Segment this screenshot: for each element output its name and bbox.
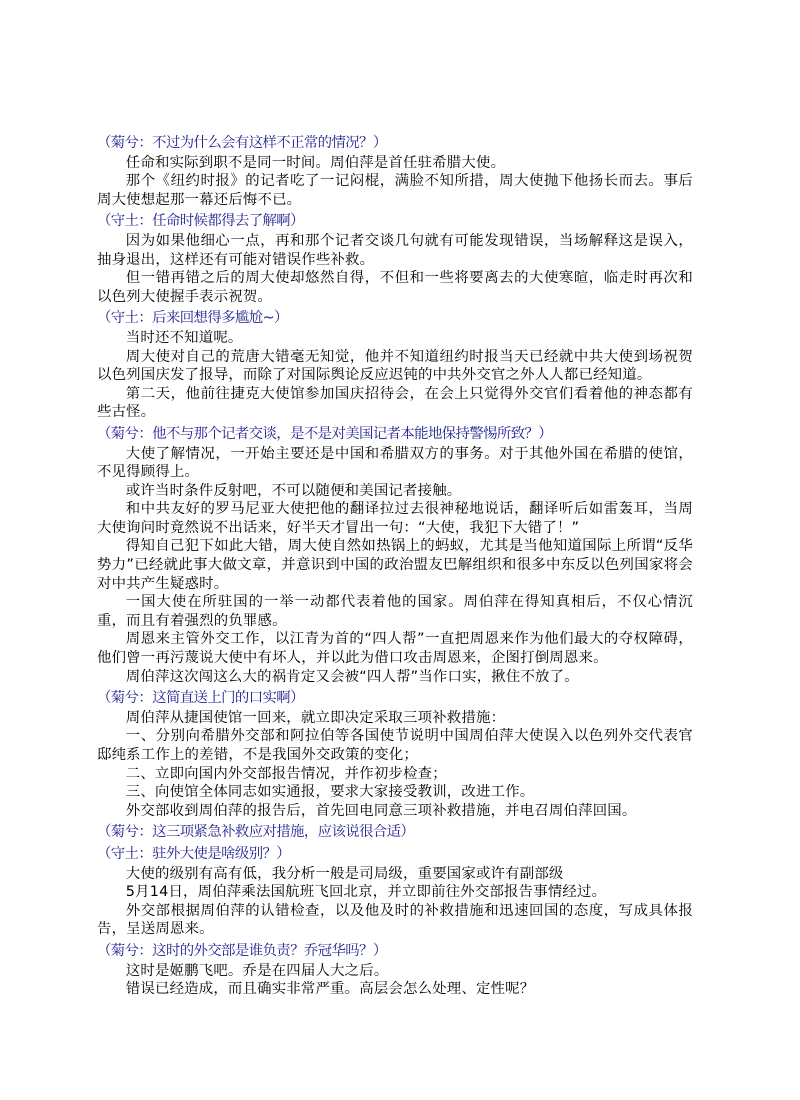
paragraph: 周大使对自己的荒唐大错毫无知觉，他并不知道纽约时报当天已经就中共大使到场祝贺以色… [97,348,693,385]
question-line: （守土：后来回想得多尴尬~） [97,309,693,328]
question-line: （菊兮：不过为什么会有这样不正常的情况？） [97,134,693,153]
question-line: （菊兮：他不与那个记者交谈，是不是对美国记者本能地保持警惕所致？） [97,425,693,444]
paragraph: 或许当时条件反射吧，不可以随便和美国记者接触。 [97,482,693,501]
question-line: （守土：任命时候都得去了解啊） [97,212,693,231]
paragraph: 外交部根据周伯萍的认错检查，以及他及时的补救措施和迅速回国的态度，写成具体报告，… [97,902,693,939]
paragraph: 错误已经造成，而且确实非常严重。高层会怎么处理、定性呢？ [97,980,693,999]
paragraph: 得知自己犯下如此大错，周大使自然如热锅上的蚂蚁，尤其是当他知道国际上所谓“反华势… [97,537,693,593]
paragraph: 周伯萍这次闯这么大的祸肯定又会被“四人帮”当作口实，揪住不放了。 [97,668,693,687]
document-body: （菊兮：不过为什么会有这样不正常的情况？） 任命和实际到职不是同一时间。周伯萍是… [97,134,693,999]
paragraph: 一、分别向希腊外交部和阿拉伯等各国使节说明中国周伯萍大使误入以色列外交代表官邸纯… [97,727,693,764]
paragraph: 那个《纽约时报》的记者吃了一记闷棍，满脸不知所措，周大使抛下他扬长而去。事后周大… [97,172,693,209]
paragraph: 周伯萍从捷国使馆一回来，就立即决定采取三项补救措施： [97,709,693,728]
paragraph: 5月14日，周伯萍乘法国航班飞回北京，并立即前往外交部报告事情经过。 [97,883,693,902]
paragraph: 一国大使在所驻国的一举一动都代表着他的国家。周伯萍在得知真相后，不仅心情沉重，而… [97,593,693,630]
paragraph: 第二天，他前往捷克大使馆参加国庆招待会，在会上只觉得外交官们看着他的神态都有些古… [97,385,693,422]
paragraph: 大使的级别有高有低，我分析一般是司局级，重要国家或许有副部级 [97,865,693,884]
question-line: （守土：驻外大使是啥级别？） [97,845,693,864]
paragraph: 当时还不知道呢。 [97,329,693,348]
paragraph: 但一错再错之后的周大使却悠然自得，不但和一些将要离去的大使寒暄，临走时再次和以色… [97,269,693,306]
paragraph: 外交部收到周伯萍的报告后，首先回电同意三项补救措施，并电召周伯萍回国。 [97,802,693,821]
question-line: （菊兮：这简直送上门的口实啊） [97,689,693,708]
question-line: （菊兮：这时的外交部是谁负责？乔冠华吗？） [97,942,693,961]
paragraph: 周恩来主管外交工作，以江青为首的“四人帮”一直把周恩来作为他们最大的夺权障碍，他… [97,630,693,667]
question-line: （菊兮：这三项紧急补救应对措施，应该说很合适） [97,823,693,842]
paragraph: 这时是姬鹏飞吧。乔是在四届人大之后。 [97,962,693,981]
paragraph: 和中共友好的罗马尼亚大使把他的翻译拉过去很神秘地说话，翻译听后如雷轰耳，当周大使… [97,500,693,537]
paragraph: 大使了解情况，一开始主要还是中国和希腊双方的事务。对于其他外国在希腊的使馆，不见… [97,445,693,482]
paragraph: 任命和实际到职不是同一时间。周伯萍是首任驻希腊大使。 [97,154,693,173]
paragraph: 三、向使馆全体同志如实通报，要求大家接受教训，改进工作。 [97,783,693,802]
paragraph: 二、立即向国内外交部报告情况，并作初步检查； [97,765,693,784]
paragraph: 因为如果他细心一点，再和那个记者交谈几句就有可能发现错误，当场解释这是误入，抽身… [97,232,693,269]
